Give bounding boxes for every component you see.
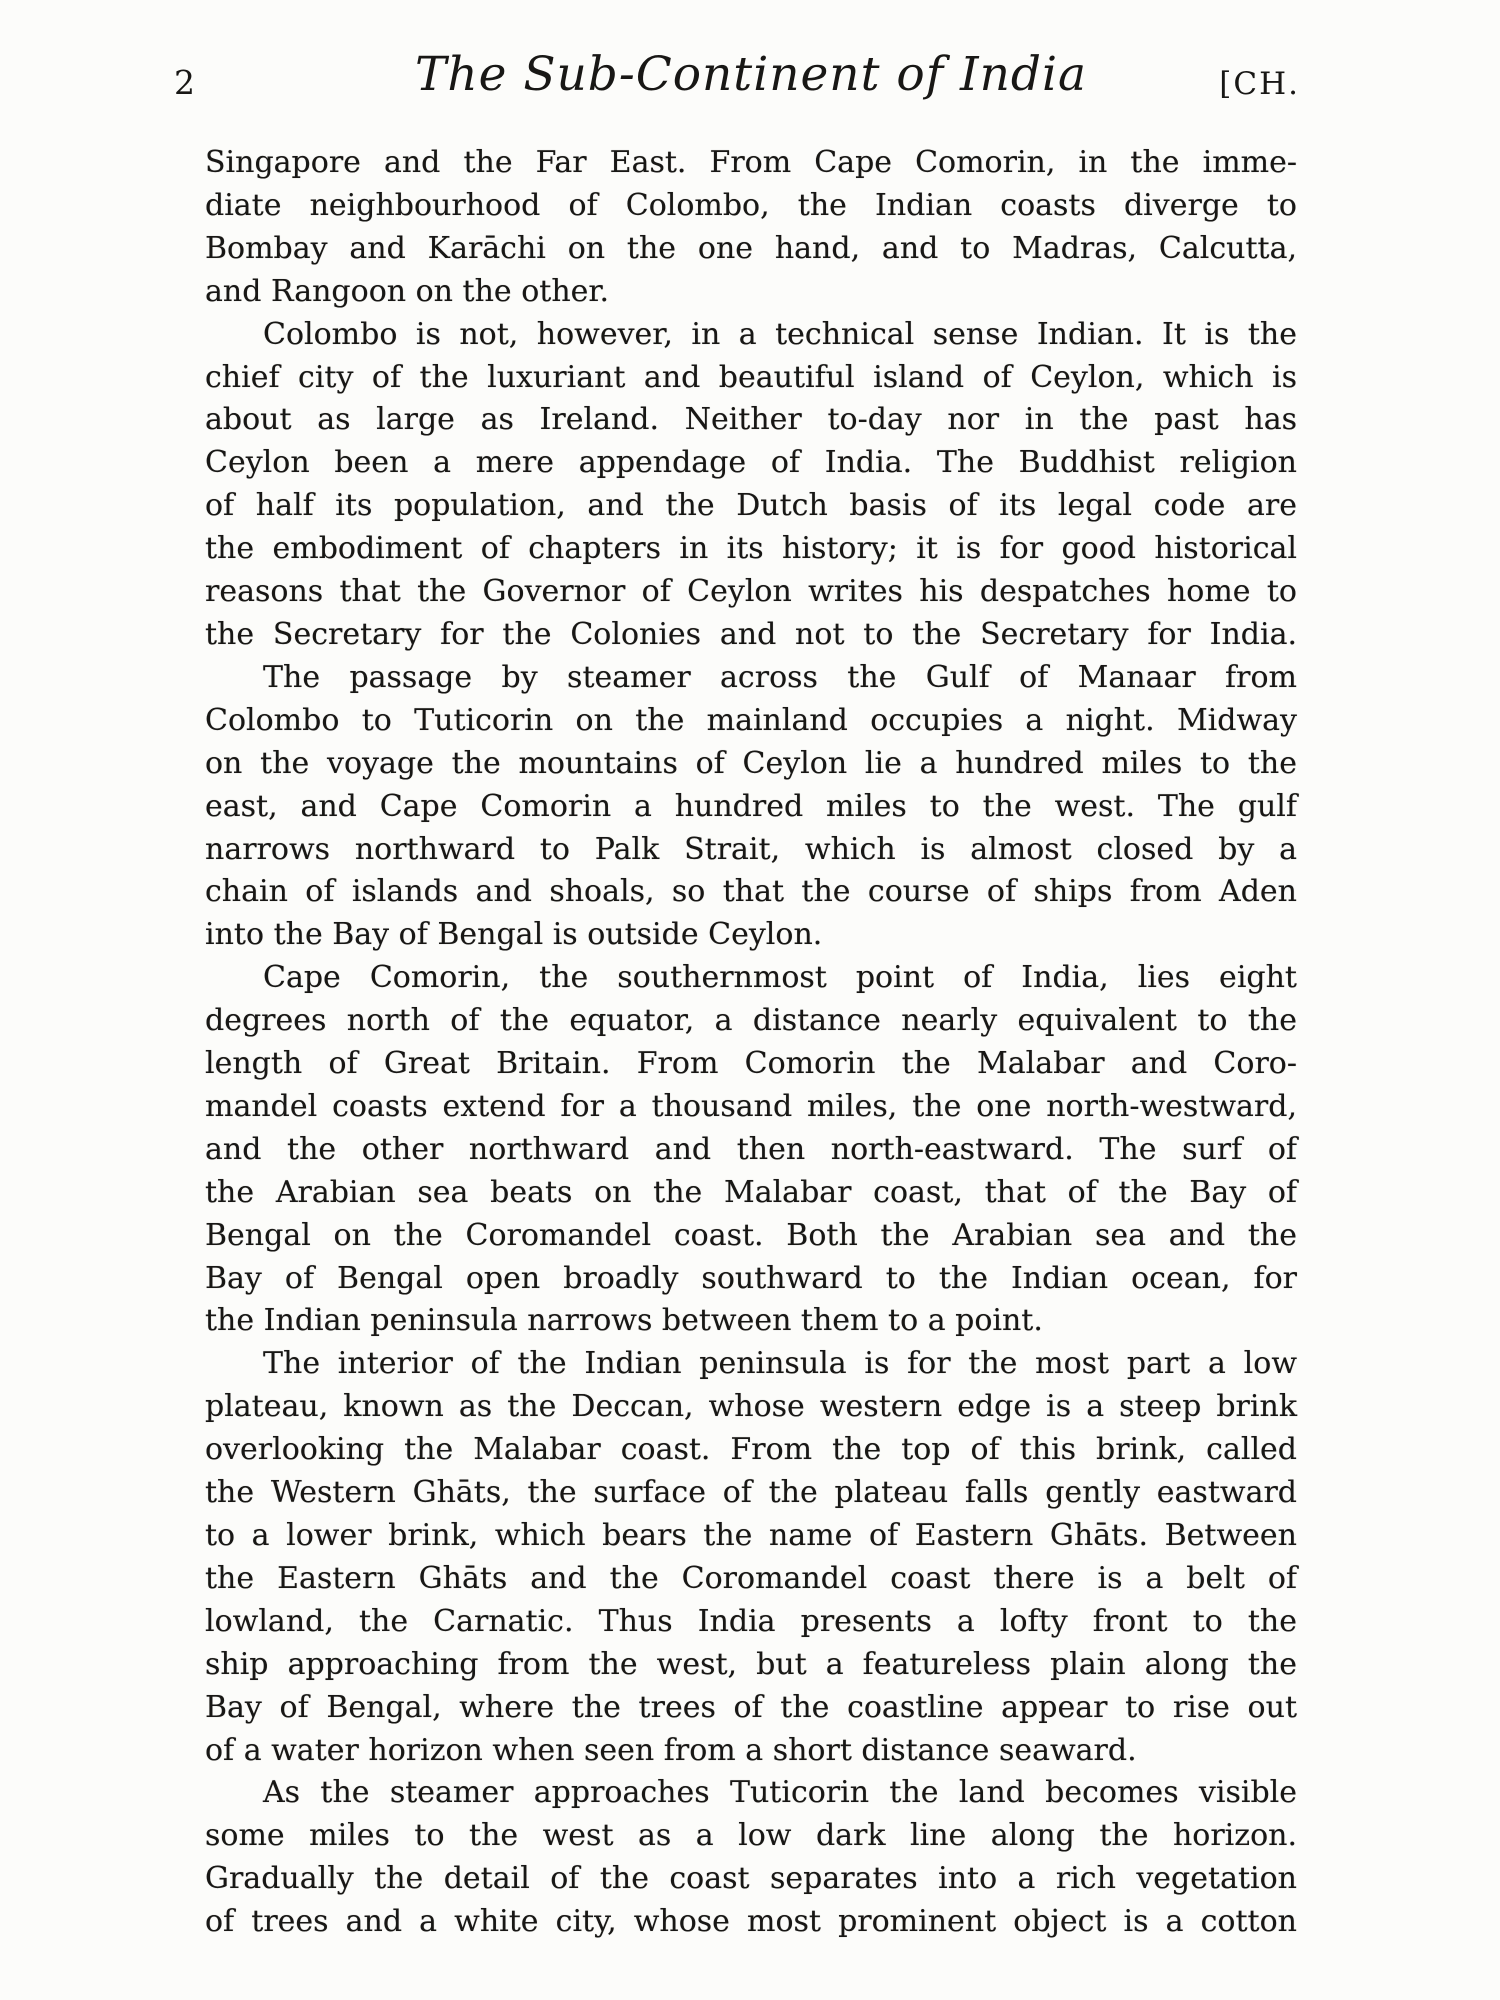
text-line: the embodiment of chapters in its histor… xyxy=(205,528,1297,571)
text-line: mandel coasts extend for a thousand mile… xyxy=(205,1086,1297,1129)
text-line: plateau, known as the Deccan, whose west… xyxy=(205,1386,1297,1429)
text-line: Ceylon been a mere appendage of India. T… xyxy=(205,442,1297,485)
text-line: the Arabian sea beats on the Malabar coa… xyxy=(205,1172,1297,1215)
text-line: Singapore and the Far East. From Cape Co… xyxy=(205,142,1297,185)
book-page: 2 The Sub-Continent of India [CH. Singap… xyxy=(0,0,1500,2000)
text-line: Colombo is not, however, in a technical … xyxy=(205,314,1297,357)
text-line: the Eastern Ghāts and the Coromandel coa… xyxy=(205,1558,1297,1601)
text-line: the Western Ghāts, the surface of the pl… xyxy=(205,1472,1297,1515)
text-line: degrees north of the equator, a distance… xyxy=(205,1000,1297,1043)
chapter-label: [CH. xyxy=(1219,69,1300,100)
text-line: chief city of the luxuriant and beautifu… xyxy=(205,357,1297,400)
text-line: on the voyage the mountains of Ceylon li… xyxy=(205,743,1297,786)
text-line: Bay of Bengal open broadly southward to … xyxy=(205,1258,1297,1301)
text-line: of a water horizon when seen from a shor… xyxy=(205,1730,1297,1773)
text-line: reasons that the Governor of Ceylon writ… xyxy=(205,571,1297,614)
text-line: lowland, the Carnatic. Thus India presen… xyxy=(205,1601,1297,1644)
text-line: Colombo to Tuticorin on the mainland occ… xyxy=(205,700,1297,743)
text-line: about as large as Ireland. Neither to-da… xyxy=(205,399,1297,442)
text-line: to a lower brink, which bears the name o… xyxy=(205,1515,1297,1558)
text-line: Bengal on the Coromandel coast. Both the… xyxy=(205,1215,1297,1258)
text-line: As the steamer approaches Tuticorin the … xyxy=(205,1772,1297,1815)
text-line: Cape Comorin, the southernmost point of … xyxy=(205,957,1297,1000)
text-line: overlooking the Malabar coast. From the … xyxy=(205,1429,1297,1472)
text-line: ship approaching from the west, but a fe… xyxy=(205,1644,1297,1687)
text-block: Singapore and the Far East. From Cape Co… xyxy=(205,142,1297,1944)
text-line: The interior of the Indian peninsula is … xyxy=(205,1343,1297,1386)
text-line: east, and Cape Comorin a hundred miles t… xyxy=(205,786,1297,829)
text-line: and the other northward and then north-e… xyxy=(205,1129,1297,1172)
text-line: into the Bay of Bengal is outside Ceylon… xyxy=(205,914,1297,957)
text-line: some miles to the west as a low dark lin… xyxy=(205,1815,1297,1858)
text-line: narrows northward to Palk Strait, which … xyxy=(205,829,1297,872)
text-line: of half its population, and the Dutch ba… xyxy=(205,485,1297,528)
text-line: length of Great Britain. From Comorin th… xyxy=(205,1043,1297,1086)
page-number: 2 xyxy=(174,66,195,99)
text-line: Gradually the detail of the coast separa… xyxy=(205,1858,1297,1901)
text-line: Bay of Bengal, where the trees of the co… xyxy=(205,1687,1297,1730)
text-line: diate neighbourhood of Colombo, the Indi… xyxy=(205,185,1297,228)
text-line: Bombay and Karāchi on the one hand, and … xyxy=(205,228,1297,271)
text-line: and Rangoon on the other. xyxy=(205,271,1297,314)
text-line: chain of islands and shoals, so that the… xyxy=(205,871,1297,914)
text-line: the Secretary for the Colonies and not t… xyxy=(205,614,1297,657)
running-title: The Sub-Continent of India xyxy=(205,51,1297,98)
text-line: of trees and a white city, whose most pr… xyxy=(205,1901,1297,1944)
text-line: The passage by steamer across the Gulf o… xyxy=(205,657,1297,700)
text-line: the Indian peninsula narrows between the… xyxy=(205,1300,1297,1343)
